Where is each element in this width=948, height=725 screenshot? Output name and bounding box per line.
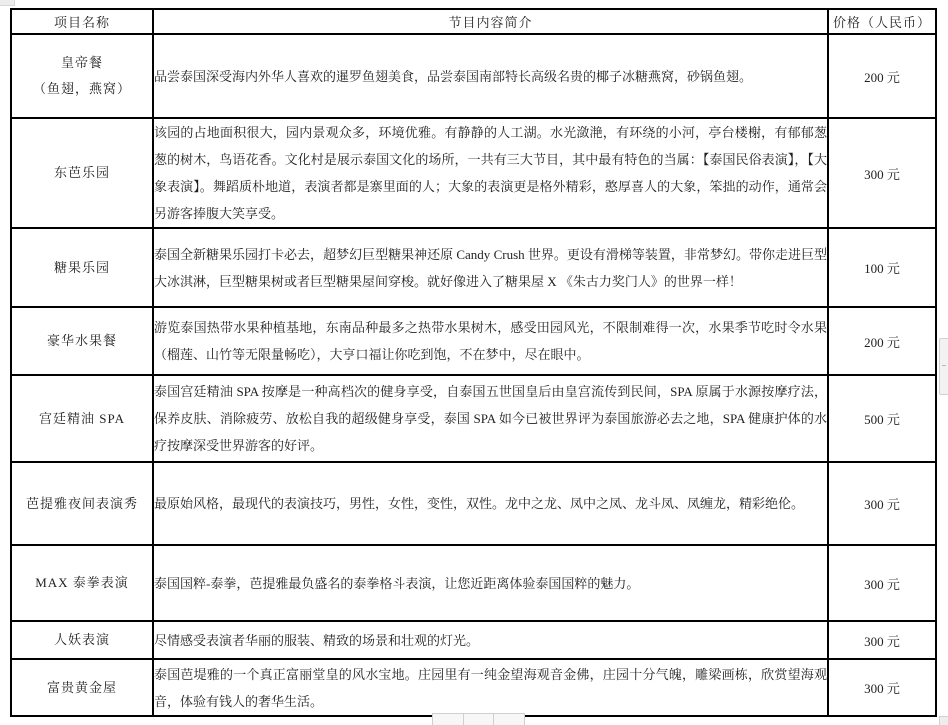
table-row: 富贵黄金屋泰国芭堤雅的一个真正富丽堂皇的风水宝地。庄园里有一纯金望海观音金佛，庄… — [11, 659, 936, 716]
project-name-cell: 芭提雅夜间表演秀 — [11, 462, 153, 545]
scrollbar-segment[interactable] — [432, 713, 464, 725]
scrollbar-grip-icon — [942, 365, 946, 366]
price-cell: 100 元 — [828, 228, 936, 307]
description-cell: 最原始风格，最现代的表演技巧，男性，女性，变性，双性。龙中之龙、凤中之凤、龙斗凤… — [153, 462, 828, 545]
horizontal-scrollbar-fragment[interactable] — [432, 713, 524, 725]
description-cell: 尽情感受表演者华丽的服装、精致的场景和壮观的灯光。 — [153, 621, 828, 659]
table-body: 皇帝餐 （鱼翅，燕窝）品尝泰国深受海内外华人喜欢的暹罗鱼翅美食，品尝泰国南部特长… — [11, 34, 936, 716]
header-description: 节目内容简介 — [153, 9, 828, 34]
header-price: 价格（人民币） — [828, 9, 936, 34]
scrollbar-segment[interactable] — [463, 713, 495, 725]
header-project-name: 项目名称 — [11, 9, 153, 34]
project-name-cell: MAX 泰拳表演 — [11, 545, 153, 621]
vertical-scrollbar-thumb[interactable] — [939, 338, 948, 395]
header-row: 项目名称 节目内容简介 价格（人民币） — [11, 9, 936, 34]
table-row: 豪华水果餐游览泰国热带水果种植基地，东南品种最多之热带水果树木，感受田园风光，不… — [11, 307, 936, 375]
price-cell: 300 元 — [828, 659, 936, 716]
description-cell: 泰国国粹-泰拳，芭提雅最负盛名的泰拳格斗表演，让您近距离体验泰国国粹的魅力。 — [153, 545, 828, 621]
table-row: 东芭乐园该园的占地面积很大，园内景观众多，环境优雅。有静静的人工湖。水光潋滟，有… — [11, 118, 936, 228]
window-edge-fragment — [0, 0, 15, 6]
project-name-cell: 皇帝餐 （鱼翅，燕窝） — [11, 34, 153, 118]
document-page: 项目名称 节目内容简介 价格（人民币） 皇帝餐 （鱼翅，燕窝）品尝泰国深受海内外… — [0, 0, 948, 725]
project-name-cell: 豪华水果餐 — [11, 307, 153, 375]
table-row: 糖果乐园泰国全新糖果乐园打卡必去，超梦幻巨型糖果神还原 Candy Crush … — [11, 228, 936, 307]
price-cell: 200 元 — [828, 34, 936, 118]
description-cell: 泰国芭堤雅的一个真正富丽堂皇的风水宝地。庄园里有一纯金望海观音金佛，庄园十分气魄… — [153, 659, 828, 716]
scrollbar-segment[interactable] — [493, 713, 525, 725]
description-cell: 该园的占地面积很大，园内景观众多，环境优雅。有静静的人工湖。水光潋滟，有环绕的小… — [153, 118, 828, 228]
price-cell: 200 元 — [828, 307, 936, 375]
table-row: 人妖表演尽情感受表演者华丽的服装、精致的场景和壮观的灯光。300 元 — [11, 621, 936, 659]
project-name-cell: 东芭乐园 — [11, 118, 153, 228]
table-row: 宫廷精油 SPA泰国宫廷精油 SPA 按摩是一种高档次的健身享受，自泰国五世国皇… — [11, 375, 936, 462]
program-table: 项目名称 节目内容简介 价格（人民币） 皇帝餐 （鱼翅，燕窝）品尝泰国深受海内外… — [10, 8, 937, 717]
price-cell: 300 元 — [828, 462, 936, 545]
description-cell: 游览泰国热带水果种植基地，东南品种最多之热带水果树木，感受田园风光，不限制难得一… — [153, 307, 828, 375]
price-cell: 300 元 — [828, 118, 936, 228]
project-name-cell: 人妖表演 — [11, 621, 153, 659]
description-cell: 泰国宫廷精油 SPA 按摩是一种高档次的健身享受，自泰国五世国皇后由皇宫流传到民… — [153, 375, 828, 462]
project-name-cell: 糖果乐园 — [11, 228, 153, 307]
description-cell: 品尝泰国深受海内外华人喜欢的暹罗鱼翅美食，品尝泰国南部特长高级名贵的椰子冰糖燕窝… — [153, 34, 828, 118]
price-cell: 500 元 — [828, 375, 936, 462]
table-row: MAX 泰拳表演泰国国粹-泰拳，芭提雅最负盛名的泰拳格斗表演，让您近距离体验泰国… — [11, 545, 936, 621]
description-cell: 泰国全新糖果乐园打卡必去，超梦幻巨型糖果神还原 Candy Crush 世界。更… — [153, 228, 828, 307]
price-cell: 300 元 — [828, 545, 936, 621]
table-row: 芭提雅夜间表演秀最原始风格，最现代的表演技巧，男性，女性，变性，双性。龙中之龙、… — [11, 462, 936, 545]
project-name-cell: 富贵黄金屋 — [11, 659, 153, 716]
project-name-cell: 宫廷精油 SPA — [11, 375, 153, 462]
table-row: 皇帝餐 （鱼翅，燕窝）品尝泰国深受海内外华人喜欢的暹罗鱼翅美食，品尝泰国南部特长… — [11, 34, 936, 118]
scrollbar-corner — [939, 716, 948, 725]
price-cell: 300 元 — [828, 621, 936, 659]
